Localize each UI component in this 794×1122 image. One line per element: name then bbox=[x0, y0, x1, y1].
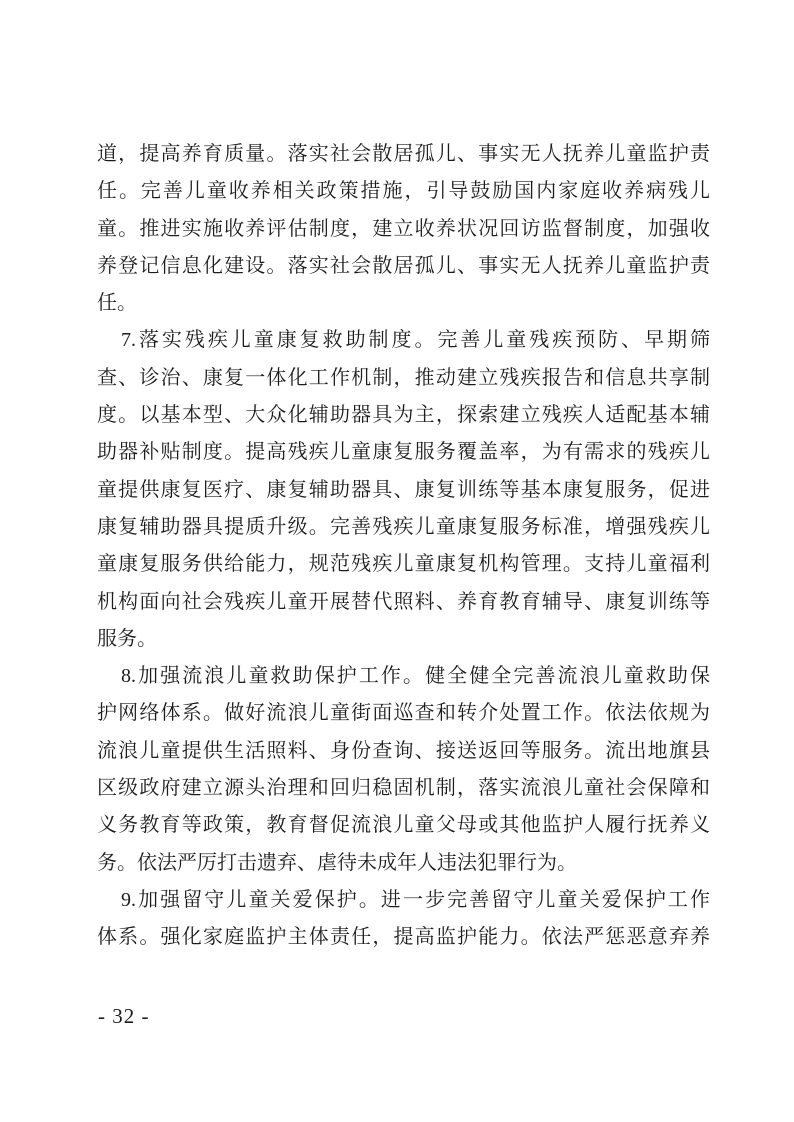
text-line: 服务。 bbox=[97, 621, 710, 658]
text-line: 务。依法严厉打击遗弃、虐待未成年人违法犯罪行为。 bbox=[97, 845, 710, 882]
text-line: 机构面向社会残疾儿童开展替代照料、养育教育辅导、康复训练等 bbox=[97, 584, 710, 621]
text-line: 助器补贴制度。提高残疾儿童康复服务覆盖率，为有需求的残疾儿 bbox=[97, 434, 710, 471]
text-line: 护网络体系。做好流浪儿童街面巡查和转介处置工作。依法依规为 bbox=[97, 695, 710, 732]
text-line: 7.落实残疾儿童康复救助制度。完善儿童残疾预防、早期筛 bbox=[97, 322, 710, 359]
text-line: 道，提高养育质量。落实社会散居孤儿、事实无人抚养儿童监护责 bbox=[97, 136, 710, 173]
page-number: - 32 - bbox=[98, 1001, 150, 1031]
document-page: 道，提高养育质量。落实社会散居孤儿、事实无人抚养儿童监护责 任。完善儿童收养相关… bbox=[0, 0, 794, 1122]
text-line: 康复辅助器具提质升级。完善残疾儿童康复服务标准，增强残疾儿 bbox=[97, 509, 710, 546]
text-line: 流浪儿童提供生活照料、身份查询、接送返回等服务。流出地旗县 bbox=[97, 733, 710, 770]
text-line: 8.加强流浪儿童救助保护工作。健全健全完善流浪儿童救助保 bbox=[97, 658, 710, 695]
text-line: 养登记信息化建设。落实社会散居孤儿、事实无人抚养儿童监护责 bbox=[97, 248, 710, 285]
text-line: 区级政府建立源头治理和回归稳固机制，落实流浪儿童社会保障和 bbox=[97, 770, 710, 807]
body-text-block: 道，提高养育质量。落实社会散居孤儿、事实无人抚养儿童监护责 任。完善儿童收养相关… bbox=[97, 136, 710, 957]
text-line: 童康复服务供给能力，规范残疾儿童康复机构管理。支持儿童福利 bbox=[97, 546, 710, 583]
text-line: 童。推进实施收养评估制度，建立收养状况回访监督制度，加强收 bbox=[97, 211, 710, 248]
text-line: 任。 bbox=[97, 285, 710, 322]
text-line: 9.加强留守儿童关爱保护。进一步完善留守儿童关爱保护工作 bbox=[97, 882, 710, 919]
text-line: 度。以基本型、大众化辅助器具为主，探索建立残疾人适配基本辅 bbox=[97, 397, 710, 434]
text-line: 体系。强化家庭监护主体责任，提高监护能力。依法严惩恶意弃养 bbox=[97, 919, 710, 956]
text-line: 童提供康复医疗、康复辅助器具、康复训练等基本康复服务，促进 bbox=[97, 472, 710, 509]
text-line: 任。完善儿童收养相关政策措施，引导鼓励国内家庭收养病残儿 bbox=[97, 173, 710, 210]
text-line: 义务教育等政策，教育督促流浪儿童父母或其他监护人履行抚养义 bbox=[97, 807, 710, 844]
text-line: 查、诊治、康复一体化工作机制，推动建立残疾报告和信息共享制 bbox=[97, 360, 710, 397]
